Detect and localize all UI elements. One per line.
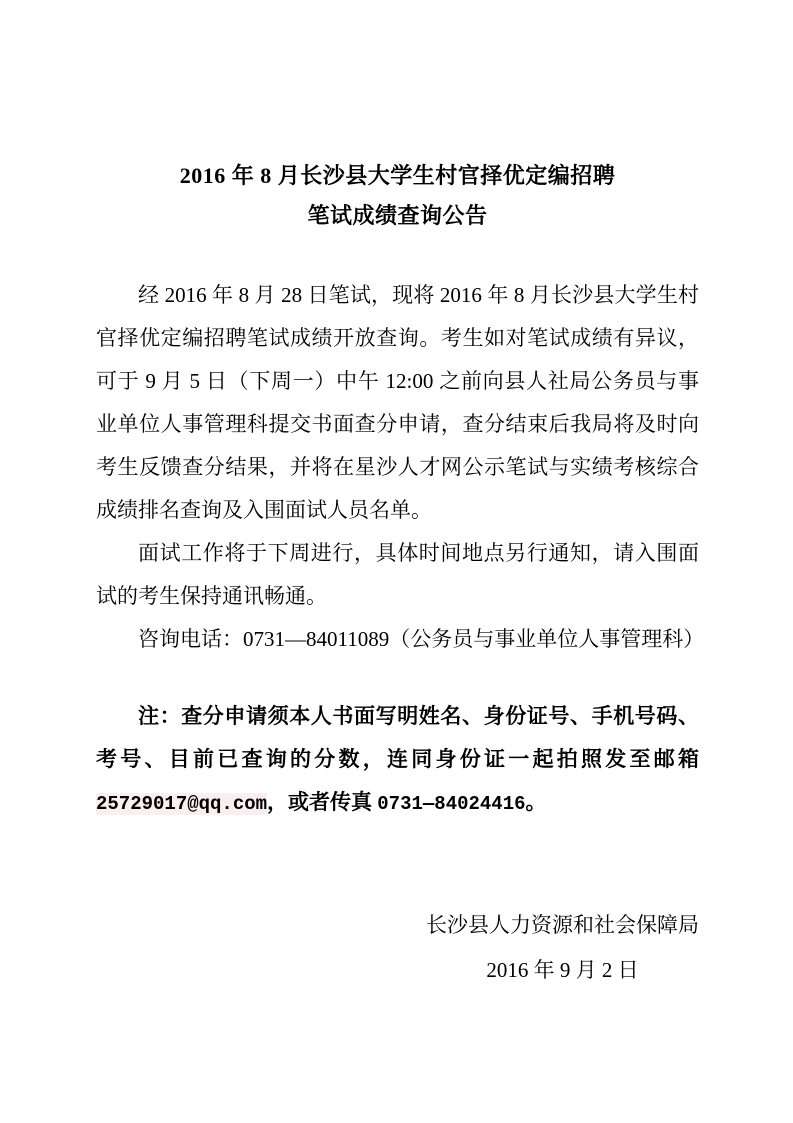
issue-date: 2016 年 9 月 2 日 xyxy=(426,948,699,993)
note-email-address: 25729017@qq.com xyxy=(96,793,267,815)
paragraph-contact-phone: 咨询电话：0731—84011089（公务员与事业单位人事管理科） xyxy=(96,618,699,661)
note-text-part1: 查分申请须本人书面写明姓名、身份证号、手机号码、考号、目前已查询的分数，连同身份… xyxy=(96,704,699,771)
paragraph-interview-notice: 面试工作将于下周进行，具体时间地点另行通知，请入围面试的考生保持通讯畅通。 xyxy=(96,532,699,618)
note-fax-number: 0731—84024416 xyxy=(377,793,525,815)
document-page: 2016 年 8 月长沙县大学生村官择优定编招聘 笔试成绩查询公告 经 2016… xyxy=(0,0,793,1123)
note-text-part3: 。 xyxy=(526,790,547,814)
document-title-line-1: 2016 年 8 月长沙县大学生村官择优定编招聘 xyxy=(96,156,699,196)
note-paragraph: 注：查分申请须本人书面写明姓名、身份证号、手机号码、考号、目前已查询的分数，连同… xyxy=(96,695,699,826)
issuing-authority: 长沙县人力资源和社会保障局 xyxy=(426,903,699,948)
signature-block: 长沙县人力资源和社会保障局 2016 年 9 月 2 日 xyxy=(426,903,699,993)
document-title: 2016 年 8 月长沙县大学生村官择优定编招聘 笔试成绩查询公告 xyxy=(96,156,699,236)
note-label: 注： xyxy=(138,704,181,728)
note-text-part2: ，或者传真 xyxy=(267,790,377,814)
paragraph-score-inquiry: 经 2016 年 8 月 28 日笔试，现将 2016 年 8 月长沙县大学生村… xyxy=(96,274,699,532)
document-title-line-2: 笔试成绩查询公告 xyxy=(96,196,699,236)
